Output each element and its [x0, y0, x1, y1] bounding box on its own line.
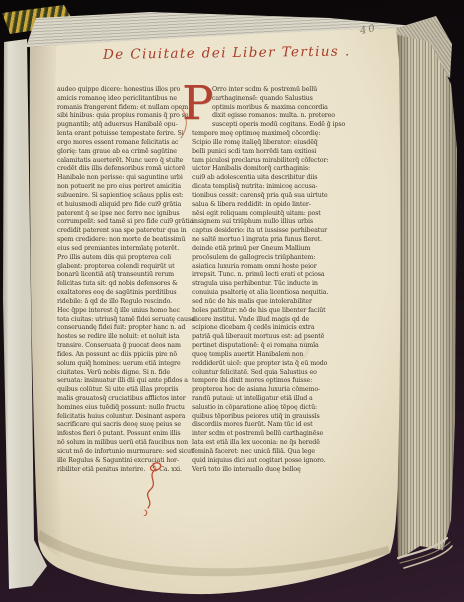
text-line: tota ciuitas: utriusq̄ tamē fidei seruat… [57, 316, 186, 325]
text-line: non potuerit ne pro eius periret amiciti… [57, 183, 186, 192]
text-line: feminā faceret: nec unicā filiā. Qua leg… [192, 448, 335, 457]
text-line: Verū toto illo interuallo duoę belloę [192, 466, 335, 475]
left-text-column: audeo quippe dicere: honestius illos pro… [57, 86, 186, 474]
text-line: credēt diis illis defensoribus romā uict… [57, 165, 186, 174]
text-line: optimis moribus & maxima concordia [192, 104, 335, 113]
text-line: et huiusmodi aliquid pro fide cui9 grāti… [57, 201, 186, 210]
text-line: tionibus cessit: carensq̄ pria quā sua u… [192, 192, 335, 201]
text-line: infestos fieri ō putant. Possunt enim il… [57, 430, 186, 439]
text-line: quibus colūtur. Si uite etiā illas propr… [57, 386, 186, 395]
text-line: malis grauatosq̄ cruciatibus afflictos i… [57, 395, 186, 404]
text-line: quoę templis auertit Hanibalem non [192, 351, 335, 360]
text-line: glabent: propterea colendi requirūt ut [57, 263, 186, 272]
text-line: nō solum in milibus uerū etiā faucibus n… [57, 439, 186, 448]
page-corner-bottom-right [398, 538, 452, 568]
left-column-last-line: ribiliter etiā penitus interire.¶Ca. xxi… [57, 466, 186, 475]
text-line: dicata templisq̄ nutrita: inimicoę accus… [192, 183, 335, 192]
right-column-lines: Orro inter scdm & postremū bellūcarthagi… [192, 86, 335, 474]
text-line: quibus tēporibus peiores utiq̄ in grauis… [192, 413, 335, 422]
text-line: nēsi egit reliquam compleuitq̄ uitam: po… [192, 210, 335, 219]
text-line: lenta erant potuisse tempestate ferire. … [57, 130, 186, 139]
text-line: corrumpelit: sed tamē si pro fide cui9 g… [57, 218, 186, 227]
text-line: sibi hinibus: quia propius romanis q̄ pr… [57, 112, 186, 121]
text-line: uictor Hanibalis domitorq̄ carthaginis: [192, 165, 335, 174]
text-line: inter scdm et postremū bellū carthaginēs… [192, 430, 335, 439]
text-line: ergo mores essent romane felicitatis ac [57, 139, 186, 148]
text-line: audeo quippe dicere: honestius illos pro [57, 86, 186, 95]
text-line: romanis frangerent fidem: et nullam opem [57, 104, 186, 113]
text-line: felicitas tuta sit: qd nobis defensores … [57, 280, 186, 289]
page-smudge [286, 338, 310, 360]
text-line: felicitatis huius coluntur. Desinant asp… [57, 413, 186, 422]
text-line: patriā quā liberauit mortuus est: ad pse… [192, 333, 335, 342]
text-line: credidit paterent sua spe pateretur qua … [57, 227, 186, 236]
text-line: fides. An possunt ac diis ppiciis pire n… [57, 351, 186, 360]
text-line: transire. Conseruata ḡ puocat deos nam [57, 342, 186, 351]
text-line: glorię: tam graue ab ea crimē sagūtine [57, 148, 186, 157]
text-line: propterea hoc de asiana luxuria cōmemo- [192, 386, 335, 395]
text-line: carthaginensē: quando Salustius [192, 95, 335, 104]
text-line: pugnantib; atq̄ aduersus Hanibalē opu- [57, 121, 186, 130]
text-line: suscepti operis modū cogitans. Eodē ḡ ip… [192, 121, 335, 130]
text-line: sicut mō de infortunio murmurare: sed si… [57, 448, 186, 457]
text-line: pertinet disputationē: q̄ ei romana numī… [192, 342, 335, 351]
text-line: stragula uisa perhibentur. Tūc inducte i… [192, 280, 335, 289]
text-line: Pro illis autem diis qui propterea coli [57, 254, 186, 263]
text-line: subuenire. Si sapientioę scāaus pplis es… [57, 192, 186, 201]
text-line: lata est etiā illa lex uoconia: ne q̄s h… [192, 439, 335, 448]
text-line: solum quiq̄ homines: uerum etiā integre [57, 360, 186, 369]
text-line: homines eius tuēdiq̄ possunt: nullo fruc… [57, 404, 186, 413]
text-line: sed nūc de his malis que intolerabiliter [192, 298, 335, 307]
text-line: tempore ibi dixit mores optimos fuisse: [192, 377, 335, 386]
text-line: irrepsit. Tunc. n. primū lecti erati et … [192, 271, 335, 280]
text-line: Scipio ille romę italięq̄ liberator: eiu… [192, 139, 335, 148]
text-line: Hec q̄ppe interest q̄ ille unius homo he… [57, 307, 186, 316]
text-line: ridebile: ā qd de illo Regulo rescindo. [57, 298, 186, 307]
text-line: Orro inter scdm & postremū bellū [192, 86, 335, 95]
text-line: asiatica luxuria romam omni hoste peior [192, 263, 335, 272]
text-line: calamitatis auerterēt. Nunc uero q̄ stul… [57, 157, 186, 166]
text-line: conuiuia psalterię et alia licentiosa ne… [192, 289, 335, 298]
text-line: dicere institui. Vnde illud magis qd de [192, 316, 335, 325]
last-line-text: ribiliter etiā penitus interire. [57, 466, 145, 473]
text-line: Hanibale non perisse: qui saguntine urbi [57, 174, 186, 183]
text-line: reddiderūt uicē: que propter ista q̄ eū … [192, 360, 335, 369]
rubric-paraph-flourish [136, 460, 166, 516]
text-line: exaltatores eoę de sagūtinis perditibus [57, 289, 186, 298]
text-line: tempore moę optimoę maximeq̄ cōcordię: [192, 130, 335, 139]
text-line: spem credidere: non morte de beatissimū [57, 236, 186, 245]
text-line: deinde etiā primū per Gneum Mallium [192, 245, 335, 254]
text-line: salustio in cōparatione alioę tēpoę dict… [192, 404, 335, 413]
text-line: ne saltē mortuo ī ingrata pria funus fie… [192, 236, 335, 245]
text-line: ciuitates. Verū nobis digne. Si n. fide [57, 369, 186, 378]
text-line: salua & libera reddidit: in opido linter… [192, 201, 335, 210]
text-line: tam piculosi preclarus mirabiliterq̄ cōf… [192, 157, 335, 166]
left-column-lines: audeo quippe dicere: honestius illos pro… [57, 86, 186, 466]
text-line: captus desiderio: ita ut iussisse perhib… [192, 227, 335, 236]
text-line: quid iniquius dici aut cogitari posse ig… [192, 457, 335, 466]
text-line: insignem sui triūphum nullo illius urbis [192, 218, 335, 227]
text-line: coluntur felicitatē. Sed quia Salustius … [192, 369, 335, 378]
text-line: hostes se redire ille noluit: et noluit … [57, 333, 186, 342]
text-line: discordiis mores fuerūt. Nam tūc id est [192, 421, 335, 430]
text-line: belli punici scdi tam horrēdi tam exitio… [192, 148, 335, 157]
photograph-of-incunable-page: 40 De Ciuitate dei Liber Tertius . audeo… [0, 0, 464, 602]
text-line: scipione dicebam q̄ cedēs inimicis extra [192, 324, 335, 333]
text-line: paterent q̄ se ipse nec ferro nec ignibu… [57, 210, 186, 219]
text-line: eius sed premiantes intermīatę poterēt. [57, 245, 186, 254]
text-line: hoīes patiūtur: nō de his que libenter f… [192, 307, 335, 316]
text-line: cui9 ab adolescentia uita describitur di… [192, 174, 335, 183]
text-line: conseruandę fidei fuit: propter hanc n. … [57, 324, 186, 333]
margin-flourish [179, 108, 191, 142]
text-line: sacrificare qui sacris deoę suoę peius s… [57, 421, 186, 430]
right-text-column: Orro inter scdm & postremū bellūcarthagi… [192, 86, 335, 474]
text-line: dixit egisse romanos: multa. n. pretereo [192, 112, 335, 121]
text-line: amicis romanoę ideo periclitantibus ne [57, 95, 186, 104]
text-line: bonarū licentiā atq̄ transeuntiū rerum [57, 271, 186, 280]
text-line: ille Regulus & Saguntini excruciati hor- [57, 457, 186, 466]
text-line: procōsulem de gallogrecis triūphantem: [192, 254, 335, 263]
text-line: randū putaui: ut intelligatur etiā illud… [192, 395, 335, 404]
text-line: seruata: insinuatur illi dii qui ante pf… [57, 377, 186, 386]
